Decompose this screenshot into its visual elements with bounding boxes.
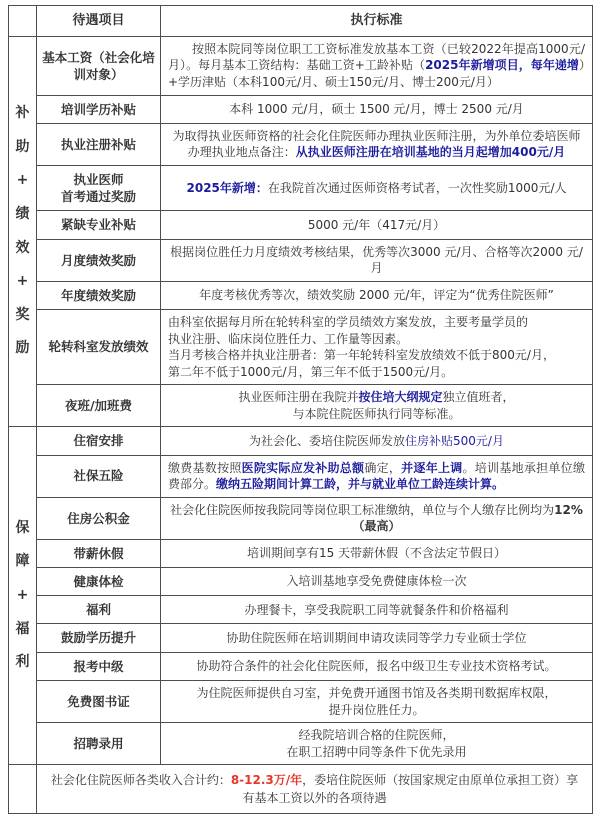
benefit-item-name: 执业注册补贴 [37, 123, 161, 165]
text-segment: 入培训基地享受免费健康体检一次 [286, 574, 466, 588]
table-row: 保障+福利住宿安排为社会化、委培住院医师发放住房补贴500元/月 [9, 427, 593, 455]
text-segment: 2025年新增项目，每年递增 [425, 58, 579, 72]
table-row: 轮转科室发放绩效由科室依据每月所在轮转科室的学员绩效方案发放，主要考量学员的 执… [9, 310, 593, 385]
benefit-standard-text: 执业医师注册在我院并按住培大纲规定独立值班者， 与本院住院医师执行同等标准。 [161, 385, 593, 427]
text-segment: 2025年新增： [187, 181, 268, 195]
header-standard-label: 执行标准 [161, 6, 593, 37]
table-row: 执业注册补贴为取得执业医师资格的社会化住院医师办理执业医师注册，为外单位委培医师… [9, 123, 593, 165]
text-segment: 在我院首次通过医师资格考试者，一次性奖励1000元/人 [268, 181, 567, 195]
footer-row: 社会化住院医师各类收入合计约：8-12.3万/年，委培住院医师（按国家规定由原单… [9, 765, 593, 814]
table-row: 补助+绩效+奖励基本工资（社会化培训对象）按照本院同等岗位职工工资标准发放基本工… [9, 36, 593, 95]
text-segment: 根据岗位胜任力月度绩效考核结果，优秀等次3000 元/月、合格等次2000 元/… [170, 245, 583, 276]
text-segment: 缴费基数按照 [168, 461, 242, 475]
table-row: 培训学历补贴本科 1000 元/月，硕士 1500 元/月，博士 2500 元/… [9, 95, 593, 123]
table-row: 月度绩效奖励根据岗位胜任力月度绩效考核结果，优秀等次3000 元/月、合格等次2… [9, 239, 593, 281]
benefit-item-name: 鼓励学历提升 [37, 624, 161, 652]
table-row: 年度绩效奖励年度考核优秀等次，绩效奖励 2000 元/年，评定为“优秀住院医师” [9, 281, 593, 309]
benefit-standard-text: 由科室依据每月所在轮转科室的学员绩效方案发放，主要考量学员的 执业注册、临床岗位… [161, 310, 593, 385]
text-segment: 执业医师注册在我院并 [238, 390, 358, 404]
text-segment: 协助符合条件的社会化住院医师，报名中级卫生专业技术资格考试。 [196, 659, 556, 673]
header-row: 待遇项目 执行标准 [9, 6, 593, 37]
benefit-item-name: 培训学历补贴 [37, 95, 161, 123]
benefit-standard-text: 培训期间享有15 天带薪休假（不含法定节假日） [161, 539, 593, 567]
text-segment: 办理餐卡，享受我院职工同等就餐条件和价格福利 [244, 603, 508, 617]
text-segment: 住房补贴500元/月 [405, 434, 504, 448]
benefit-item-name: 住宿安排 [37, 427, 161, 455]
text-segment: 培训期间享有15 天带薪休假（不含法定节假日） [247, 546, 506, 560]
benefit-standard-text: 入培训基地享受免费健康体检一次 [161, 567, 593, 595]
section-vertical-label: 保障+福利 [9, 512, 36, 680]
text-segment: 5000 元/年（417元/月） [308, 218, 445, 232]
text-segment: 并逐年上调 [401, 461, 462, 475]
benefit-item-name: 健康体检 [37, 567, 161, 595]
table-row: 免费图书证为住院医师提供自习室，并免费开通图书馆及各类期刊数据库权限， 提升岗位… [9, 680, 593, 722]
benefit-item-name: 年度绩效奖励 [37, 281, 161, 309]
text-segment: 社会化住院医师按我院同等岗位职工标准缴纳，单位与个人缴存比例均为 [170, 503, 554, 517]
benefit-standard-text: 5000 元/年（417元/月） [161, 211, 593, 239]
header-group-cell [9, 6, 37, 37]
benefits-table: 待遇项目 执行标准 补助+绩效+奖励基本工资（社会化培训对象）按照本院同等岗位职… [8, 5, 593, 814]
benefit-standard-text: 年度考核优秀等次，绩效奖励 2000 元/年，评定为“优秀住院医师” [161, 281, 593, 309]
benefit-standard-text: 为社会化、委培住院医师发放住房补贴500元/月 [161, 427, 593, 455]
table-row: 社保五险缴费基数按照医院实际应发补助总额确定，并逐年上调。培训基地承担单位缴费部… [9, 455, 593, 497]
text-segment: 社会化住院医师各类收入合计约： [51, 773, 231, 787]
table-row: 夜班/加班费执业医师注册在我院并按住培大纲规定独立值班者， 与本院住院医师执行同… [9, 385, 593, 427]
benefit-standard-text: 社会化住院医师按我院同等岗位职工标准缴纳，单位与个人缴存比例均为12%（最高） [161, 497, 593, 539]
text-segment: 本科 1000 元/月，硕士 1500 元/月，博士 2500 元/月 [229, 102, 524, 116]
text-segment: 按住培大纲规定 [358, 390, 442, 404]
text-segment: 为住院医师提供自习室，并免费开通图书馆及各类期刊数据库权限， 提升岗位胜任力。 [196, 686, 556, 717]
benefit-item-name: 住房公积金 [37, 497, 161, 539]
benefit-item-name: 夜班/加班费 [37, 385, 161, 427]
benefit-standard-text: 缴费基数按照医院实际应发补助总额确定，并逐年上调。培训基地承担单位缴费部分。缴纳… [161, 455, 593, 497]
table-row: 招聘录用经我院培训合格的住院医师， 在职工招聘中同等条件下优先录用 [9, 723, 593, 765]
table-row: 福利办理餐卡，享受我院职工同等就餐条件和价格福利 [9, 596, 593, 624]
benefit-standard-text: 按照本院同等岗位职工工资标准发放基本工资（已较2022年提高1000元/月）。每… [161, 36, 593, 95]
benefit-standard-text: 为住院医师提供自习室，并免费开通图书馆及各类期刊数据库权限， 提升岗位胜任力。 [161, 680, 593, 722]
benefit-item-name: 月度绩效奖励 [37, 239, 161, 281]
text-segment: 8-12.3万/年 [231, 773, 302, 787]
text-segment: 协助住院医师在培训期间申请攻读同等学力专业硕士学位 [226, 631, 526, 645]
income-summary: 社会化住院医师各类收入合计约：8-12.3万/年，委培住院医师（按国家规定由原单… [37, 765, 593, 814]
benefit-standard-text: 根据岗位胜任力月度绩效考核结果，优秀等次3000 元/月、合格等次2000 元/… [161, 239, 593, 281]
text-segment: 从执业医师注册在培训基地的当月起增加400元/月 [296, 145, 565, 159]
section-label-2: 保障+福利 [9, 427, 37, 765]
benefit-item-name: 招聘录用 [37, 723, 161, 765]
benefit-standard-text: 本科 1000 元/月，硕士 1500 元/月，博士 2500 元/月 [161, 95, 593, 123]
benefit-item-name: 轮转科室发放绩效 [37, 310, 161, 385]
table-row: 住房公积金社会化住院医师按我院同等岗位职工标准缴纳，单位与个人缴存比例均为12%… [9, 497, 593, 539]
benefit-standard-text: 协助符合条件的社会化住院医师，报名中级卫生专业技术资格考试。 [161, 652, 593, 680]
text-segment: 确定， [364, 461, 401, 475]
section-vertical-label: 补助+绩效+奖励 [9, 97, 36, 366]
table-row: 报考中级协助符合条件的社会化住院医师，报名中级卫生专业技术资格考试。 [9, 652, 593, 680]
benefit-standard-text: 2025年新增：在我院首次通过医师资格考试者，一次性奖励1000元/人 [161, 165, 593, 211]
text-segment: 为社会化、委培住院医师发放 [249, 434, 405, 448]
benefit-standard-text: 协助住院医师在培训期间申请攻读同等学力专业硕士学位 [161, 624, 593, 652]
benefit-item-name: 执业医师 首考通过奖励 [37, 165, 161, 211]
benefit-item-name: 福利 [37, 596, 161, 624]
benefit-item-name: 紧缺专业补贴 [37, 211, 161, 239]
text-segment: 由科室依据每月所在轮转科室的学员绩效方案发放，主要考量学员的 执业注册、临床岗位… [168, 315, 555, 379]
benefit-item-name: 报考中级 [37, 652, 161, 680]
section-label-1: 补助+绩效+奖励 [9, 36, 37, 426]
benefit-item-name: 带薪休假 [37, 539, 161, 567]
header-item-label: 待遇项目 [37, 6, 161, 37]
text-segment: 医院实际应发补助总额 [242, 461, 365, 475]
benefit-item-name: 免费图书证 [37, 680, 161, 722]
table-row: 紧缺专业补贴5000 元/年（417元/月） [9, 211, 593, 239]
benefits-document-page: 待遇项目 执行标准 补助+绩效+奖励基本工资（社会化培训对象）按照本院同等岗位职… [0, 0, 600, 818]
text-segment: 年度考核优秀等次，绩效奖励 2000 元/年，评定为“优秀住院医师” [199, 288, 554, 302]
text-segment: 经我院培训合格的住院医师， 在职工招聘中同等条件下优先录用 [286, 728, 466, 759]
benefit-item-name: 社保五险 [37, 455, 161, 497]
footer-group-cell [9, 765, 37, 814]
table-row: 健康体检入培训基地享受免费健康体检一次 [9, 567, 593, 595]
benefit-item-name: 基本工资（社会化培训对象） [37, 36, 161, 95]
table-row: 执业医师 首考通过奖励2025年新增：在我院首次通过医师资格考试者，一次性奖励1… [9, 165, 593, 211]
table-row: 鼓励学历提升协助住院医师在培训期间申请攻读同等学力专业硕士学位 [9, 624, 593, 652]
text-segment: 缴纳五险期间计算工龄，并与就业单位工龄连续计算。 [216, 477, 504, 491]
table-row: 带薪休假培训期间享有15 天带薪休假（不含法定节假日） [9, 539, 593, 567]
benefit-standard-text: 办理餐卡，享受我院职工同等就餐条件和价格福利 [161, 596, 593, 624]
benefit-standard-text: 为取得执业医师资格的社会化住院医师办理执业医师注册，为外单位委培医师办理执业地点… [161, 123, 593, 165]
benefit-standard-text: 经我院培训合格的住院医师， 在职工招聘中同等条件下优先录用 [161, 723, 593, 765]
